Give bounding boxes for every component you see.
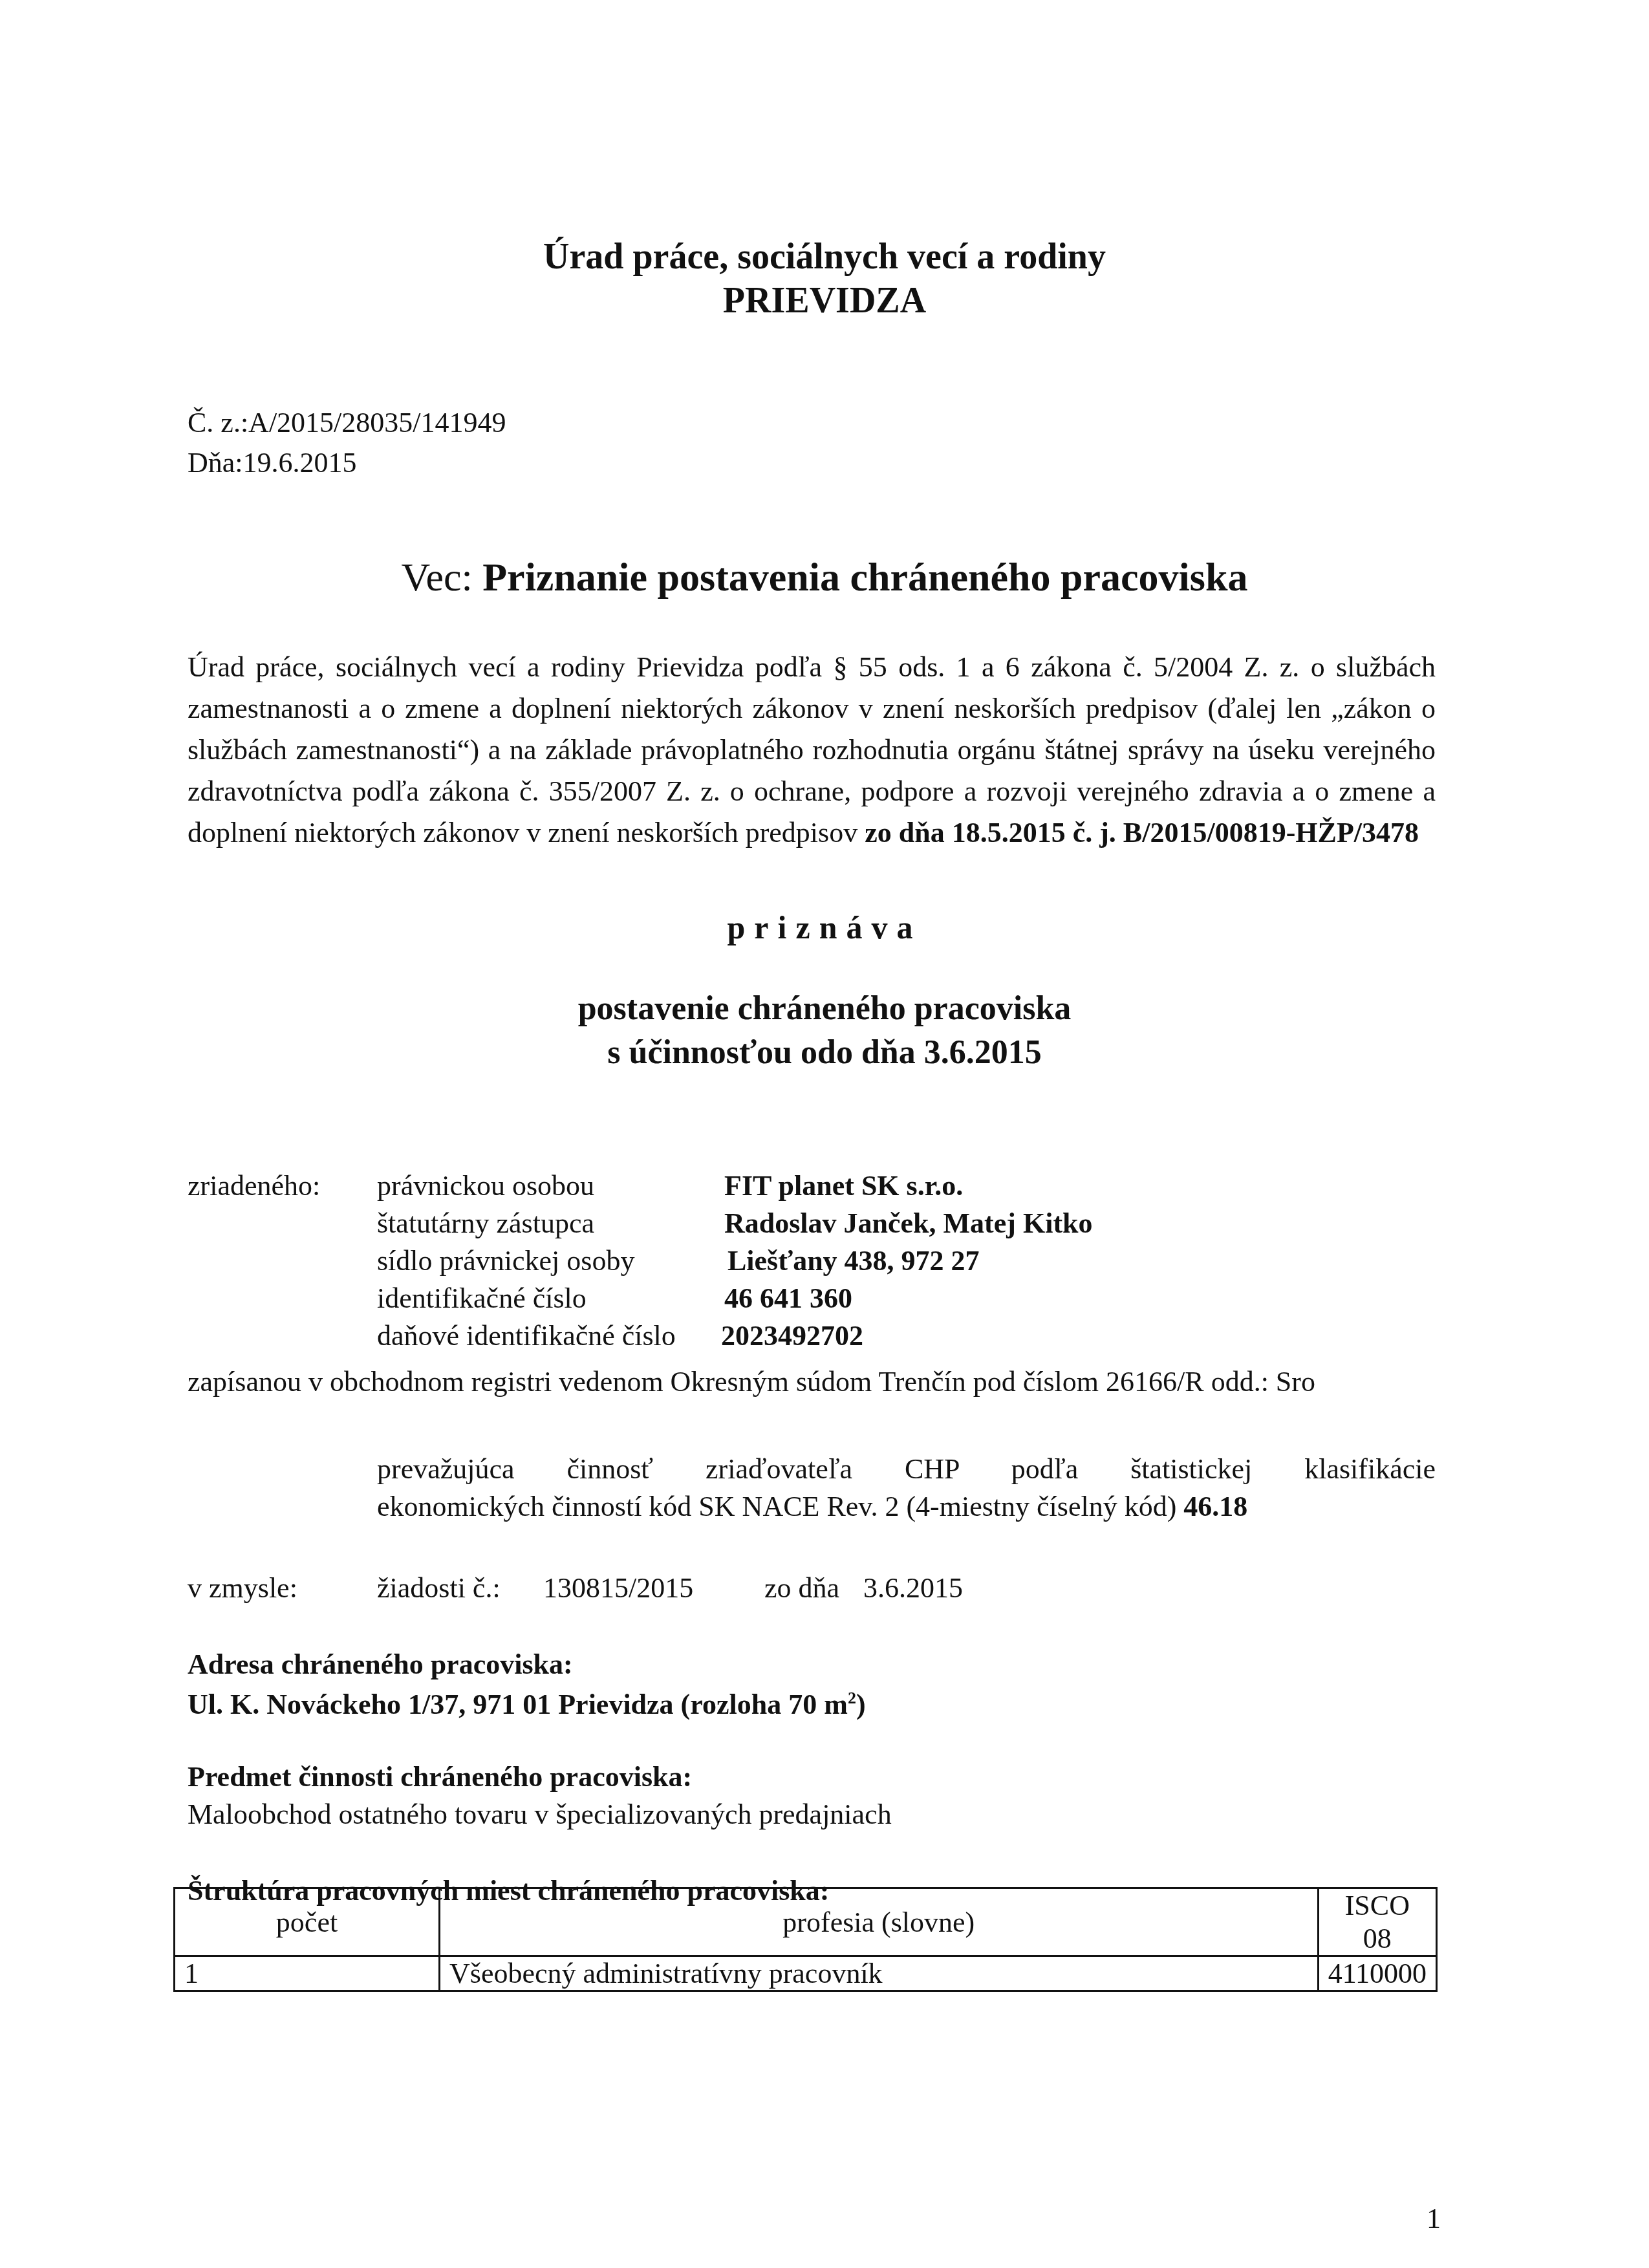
table-header-row: počet profesia (slovne) ISCO 08 xyxy=(175,1888,1437,1956)
column-header-count: počet xyxy=(175,1888,440,1956)
founder-label: zriadeného: xyxy=(188,1169,320,1202)
activity-subject-title: Predmet činnosti chráneného pracoviska: xyxy=(188,1760,692,1793)
field-value-legal-entity: FIT planet SK s.r.o. xyxy=(724,1169,963,1202)
field-value-representative: Radoslav Janček, Matej Kitko xyxy=(724,1207,1093,1240)
body-paragraph-reference: zo dňa 18.5.2015 č. j. B/2015/00819-HŽP/… xyxy=(865,817,1419,848)
field-value-tax-id: 2023492702 xyxy=(721,1319,863,1352)
decision-verb: priznáva xyxy=(0,909,1649,946)
address-value: Ul. K. Nováckeho 1/37, 971 01 Prievidza … xyxy=(188,1688,866,1721)
field-value-id-number: 46 641 360 xyxy=(724,1282,852,1315)
document-page: Úrad práce, sociálnych vecí a rodiny PRI… xyxy=(0,0,1649,2268)
activity-line-2: ekonomických činností kód SK NACE Rev. 2… xyxy=(377,1490,1247,1523)
activity-line-1: prevažujúca činnosť zriaďovateľa CHP pod… xyxy=(377,1449,1436,1490)
registration-text: zapísanou v obchodnom registri vedenom O… xyxy=(188,1361,1436,1403)
nace-code: 46.18 xyxy=(1183,1491,1247,1522)
address-title: Adresa chráneného pracoviska: xyxy=(188,1648,573,1681)
activity-subject-value: Maloobchod ostatného tovaru v špecializo… xyxy=(188,1798,892,1831)
request-label: v zmysle: xyxy=(188,1571,297,1604)
document-date: Dňa:19.6.2015 xyxy=(188,446,357,479)
request-number: 130815/2015 xyxy=(543,1571,693,1604)
field-label-tax-id: daňové identifikačné číslo xyxy=(377,1319,676,1352)
subject-label: Vec: xyxy=(402,556,473,599)
field-label-seat: sídlo právnickej osoby xyxy=(377,1244,634,1277)
cell-profession: Všeobecný administratívny pracovník xyxy=(440,1956,1319,1991)
address-text: Ul. K. Nováckeho 1/37, 971 01 Prievidza … xyxy=(188,1689,848,1720)
field-label-legal-entity: právnickou osobou xyxy=(377,1169,594,1202)
decision-effective-date: s účinnosťou odo dňa 3.6.2015 xyxy=(0,1033,1649,1072)
field-label-id-number: identifikačné číslo xyxy=(377,1282,587,1315)
request-date-label: zo dňa xyxy=(764,1571,839,1604)
column-header-isco: ISCO 08 xyxy=(1318,1888,1436,1956)
request-date: 3.6.2015 xyxy=(863,1571,963,1604)
subject-line: Vec: Priznanie postavenia chráneného pra… xyxy=(0,555,1649,601)
field-value-seat: Liešťany 438, 972 27 xyxy=(727,1244,980,1277)
office-name: Úrad práce, sociálnych vecí a rodiny xyxy=(0,236,1649,277)
jobs-table: počet profesia (slovne) ISCO 08 1 Všeobe… xyxy=(173,1887,1438,1992)
body-paragraph: Úrad práce, sociálnych vecí a rodiny Pri… xyxy=(188,647,1436,854)
area-unit-superscript: 2 xyxy=(848,1689,856,1707)
page-number: 1 xyxy=(1427,2202,1441,2235)
request-text: žiadosti č.: xyxy=(377,1571,501,1604)
office-city: PRIEVIDZA xyxy=(0,280,1649,321)
subject-text: Priznanie postavenia chráneného pracovis… xyxy=(482,556,1247,599)
cell-count: 1 xyxy=(175,1956,440,1991)
decision-status: postavenie chráneného pracoviska xyxy=(0,989,1649,1028)
address-text-end: ) xyxy=(856,1689,866,1720)
activity-classification: ekonomických činností kód SK NACE Rev. 2… xyxy=(377,1491,1183,1522)
field-label-representative: štatutárny zástupca xyxy=(377,1207,594,1240)
table-row: 1 Všeobecný administratívny pracovník 41… xyxy=(175,1956,1437,1991)
cell-isco: 4110000 xyxy=(1318,1956,1436,1991)
reference-number: Č. z.:A/2015/28035/141949 xyxy=(188,406,506,439)
column-header-profession: profesia (slovne) xyxy=(440,1888,1319,1956)
